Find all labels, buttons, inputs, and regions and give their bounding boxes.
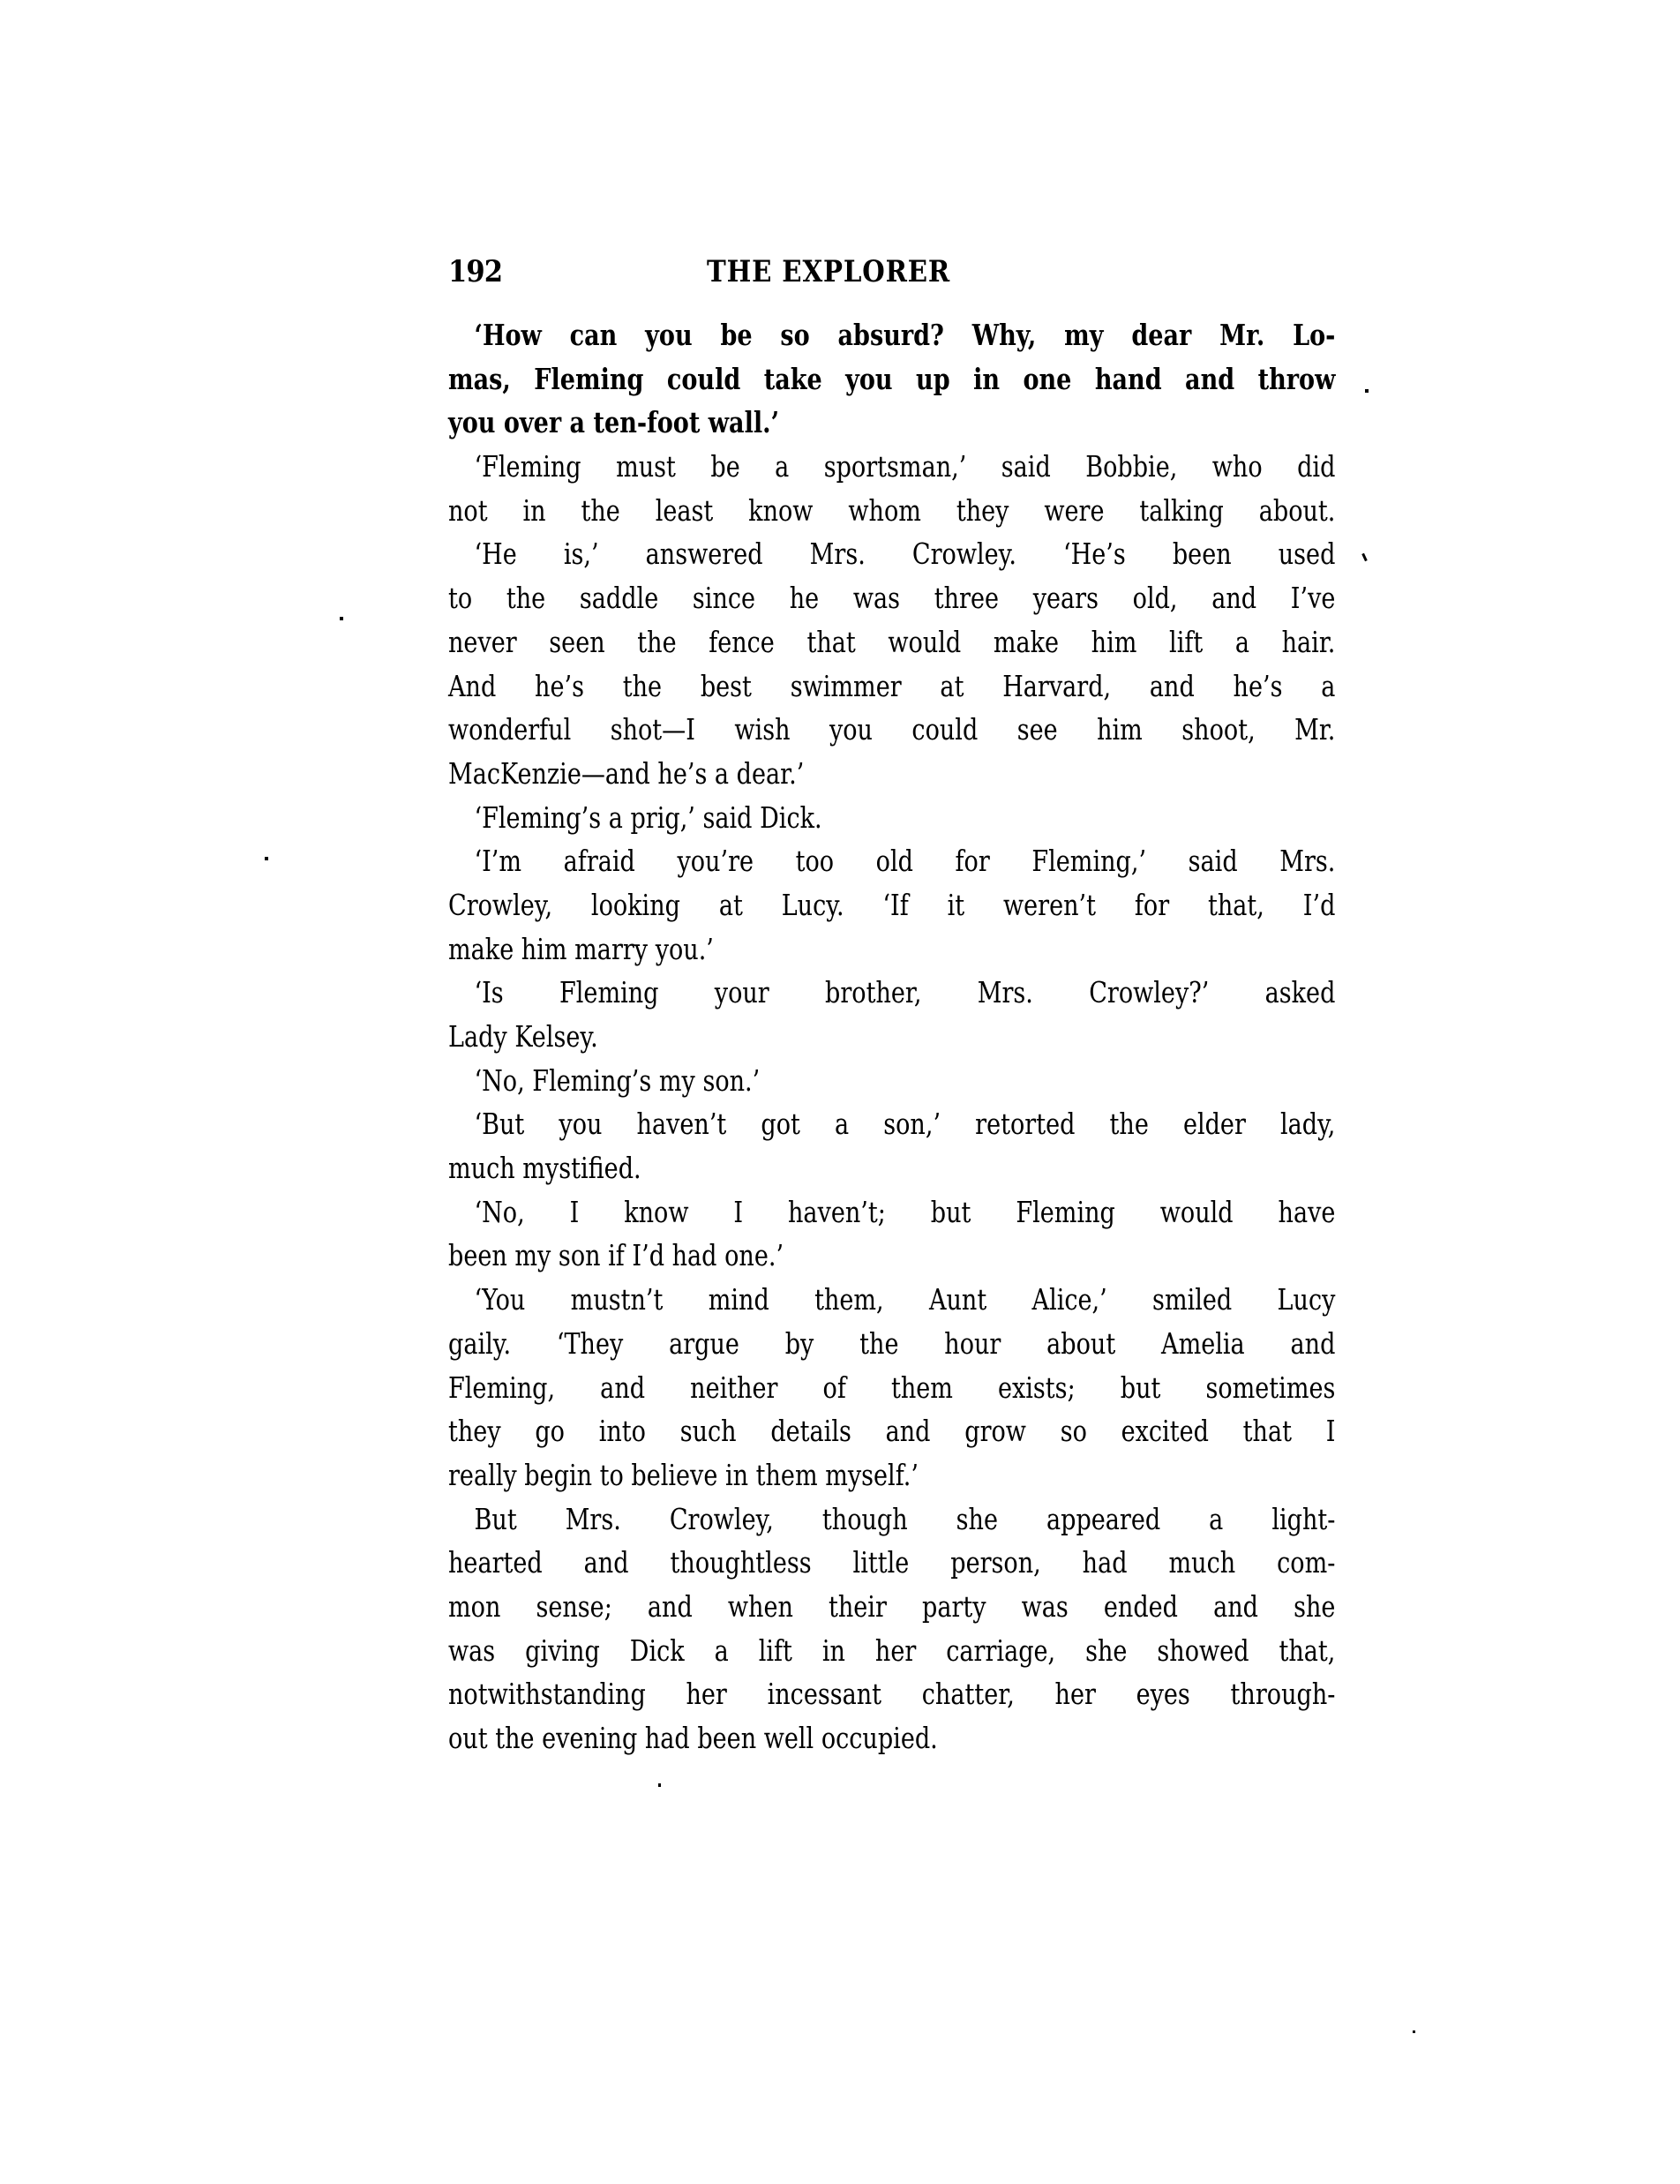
text-line: ‘But you haven’t got a son,’ retorted th… [448, 1102, 1335, 1146]
text-line: ‘Is Fleming your brother, Mrs. Crowley?’… [448, 971, 1335, 1015]
text-line: gaily. ‘They argue by the hour about Ame… [448, 1322, 1335, 1366]
scan-speck [265, 857, 268, 860]
scan-speck [658, 1783, 661, 1787]
text-line: they go into such details and grow so ex… [448, 1409, 1335, 1453]
text-line: ‘I’m afraid you’re too old for Fleming,’… [448, 839, 1335, 883]
text-line: Lady Kelsey. [448, 1015, 1335, 1059]
text-line: was giving Dick a lift in her carriage, … [448, 1629, 1335, 1673]
body-text: ‘How can you be so absurd? Why, my dear … [448, 313, 1335, 1760]
scan-speck [340, 617, 343, 620]
text-line: mas, Fleming could take you up in one ha… [448, 357, 1335, 402]
book-page: 192 THE EXPLORER ‘How can you be so absu… [0, 0, 1680, 2184]
text-line: to the saddle since he was three years o… [448, 576, 1335, 620]
text-line: ‘How can you be so absurd? Why, my dear … [448, 313, 1335, 357]
text-line: really begin to believe in them myself.’ [448, 1453, 1335, 1497]
text-line: mon sense; and when their party was ende… [448, 1585, 1335, 1629]
text-line: ‘No, I know I haven’t; but Fleming would… [448, 1190, 1335, 1235]
text-line: ‘No, Fleming’s my son.’ [448, 1059, 1335, 1103]
text-line: much mystified. [448, 1146, 1335, 1190]
scan-speck [1365, 389, 1369, 393]
text-line: Fleming, and neither of them exists; but… [448, 1366, 1335, 1410]
page-header: 192 THE EXPLORER [448, 254, 1335, 298]
scan-speck [1413, 2030, 1415, 2033]
text-line: been my son if I’d had one.’ [448, 1234, 1335, 1278]
text-line: not in the least know whom they were tal… [448, 489, 1335, 533]
text-line: But Mrs. Crowley, though she appeared a … [448, 1497, 1335, 1542]
page-number: 192 [448, 254, 502, 289]
running-title: THE EXPLORER [707, 254, 950, 289]
text-line: ‘Fleming must be a sportsman,’ said Bobb… [448, 445, 1335, 489]
text-line: MacKenzie—and he’s a dear.’ [448, 752, 1335, 796]
text-line: ‘He is,’ answered Mrs. Crowley. ‘He’s be… [448, 532, 1335, 576]
text-line: never seen the fence that would make him… [448, 620, 1335, 664]
text-line: hearted and thoughtless little person, h… [448, 1541, 1335, 1585]
text-line: you over a ten-foot wall.’ [448, 401, 1335, 445]
text-line: wonderful shot—I wish you could see him … [448, 708, 1335, 752]
text-line: notwithstanding her incessant chatter, h… [448, 1672, 1335, 1716]
text-line: And he’s the best swimmer at Harvard, an… [448, 664, 1335, 709]
text-line: ‘Fleming’s a prig,’ said Dick. [448, 796, 1335, 840]
text-line: make him marry you.’ [448, 927, 1335, 972]
scan-speck [1361, 553, 1368, 561]
text-line: out the evening had been well occupied. [448, 1716, 1335, 1760]
text-line: Crowley, looking at Lucy. ‘If it weren’t… [448, 883, 1335, 927]
text-line: ‘You mustn’t mind them, Aunt Alice,’ smi… [448, 1278, 1335, 1322]
